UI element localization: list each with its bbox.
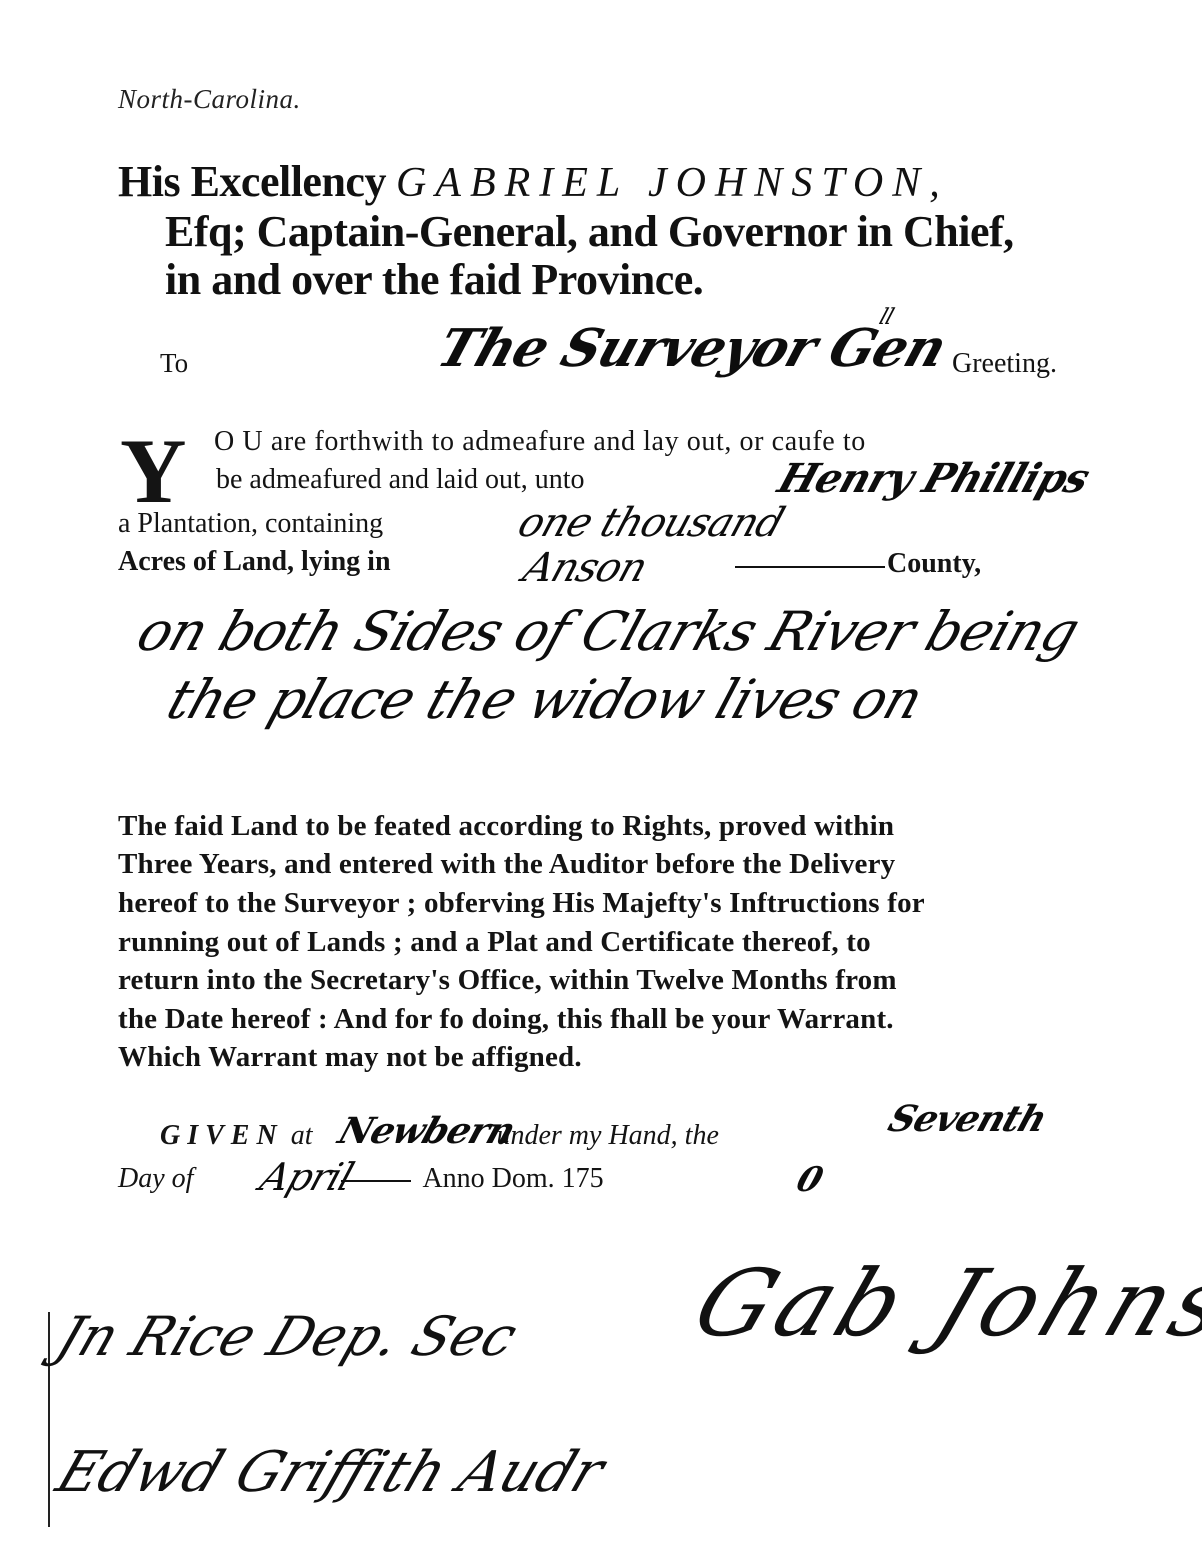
acreage-handwritten: one thousand bbox=[513, 500, 790, 546]
conditions-line: running out of Lands ; and a Plat and Ce… bbox=[118, 928, 871, 957]
year-digit-handwritten: 0 bbox=[792, 1160, 828, 1200]
date-line: Day of Anno Dom. 175 bbox=[118, 1163, 604, 1195]
land-description-line-1: on both Sides of Clarks River being bbox=[130, 600, 1087, 663]
order-line-3: a Plantation, containing bbox=[118, 510, 383, 538]
day-handwritten: Seventh bbox=[883, 1098, 1051, 1140]
drop-cap: Y bbox=[120, 425, 186, 517]
order-line-4: Acres of Land, lying in bbox=[118, 548, 391, 576]
conditions-line: return into the Secretary's Office, with… bbox=[118, 966, 897, 995]
county-handwritten: Anson bbox=[518, 545, 653, 591]
province-label: North-Carolina. bbox=[118, 84, 301, 115]
heading-line-2: Efq; Captain-General, and Governor in Ch… bbox=[165, 210, 1014, 254]
conditions-line: hereof to the Surveyor ; obferving His M… bbox=[118, 889, 925, 918]
governor-signature: Gab Johnston bbox=[681, 1250, 1202, 1357]
conditions-line: Which Warrant may not be affigned. bbox=[118, 1043, 582, 1072]
order-line-1: O U are forthwith to admeafure and lay o… bbox=[214, 428, 866, 456]
heading-line-1: His ExcellencyGABRIEL JOHNSTON, bbox=[118, 160, 949, 204]
to-label: To bbox=[160, 348, 188, 379]
conditions-line: the Date hereof : And for fo doing, this… bbox=[118, 1005, 894, 1034]
given-caps: GIVEN bbox=[160, 1120, 284, 1151]
under-hand-label: under my Hand, the bbox=[496, 1120, 718, 1151]
county-rule-line bbox=[735, 566, 885, 568]
date-rule-line bbox=[341, 1180, 411, 1182]
day-of-label: Day of bbox=[118, 1163, 193, 1194]
conditions-line: Three Years, and entered with the Audito… bbox=[118, 850, 895, 879]
greeting-label: Greeting. bbox=[952, 348, 1057, 380]
secretary-signature: Jn Rice Dep. Sec bbox=[49, 1305, 526, 1368]
grantee-handwritten: Henry Phillips bbox=[772, 455, 1094, 502]
heading-line-3: in and over the faid Province. bbox=[165, 258, 703, 302]
county-label: County, bbox=[887, 548, 981, 580]
land-description-line-2: the place the widow lives on bbox=[160, 668, 930, 731]
place-handwritten: Newbern bbox=[333, 1110, 520, 1152]
at-label: at bbox=[291, 1120, 313, 1151]
month-handwritten: April bbox=[255, 1155, 359, 1199]
signature-bracket bbox=[48, 1312, 50, 1527]
conditions-line: The faid Land to be feated according to … bbox=[118, 812, 894, 841]
anno-dom-label: Anno Dom. 175 bbox=[422, 1163, 603, 1194]
auditor-signature: Edwd Griffith Audr bbox=[48, 1440, 612, 1505]
order-line-2: be admeafured and laid out, unto bbox=[216, 466, 585, 494]
addressee-handwritten: The Surveyor Gen bbox=[430, 318, 953, 379]
heading-prefix: His Excellency bbox=[118, 157, 386, 206]
governor-name: GABRIEL JOHNSTON, bbox=[396, 160, 949, 206]
